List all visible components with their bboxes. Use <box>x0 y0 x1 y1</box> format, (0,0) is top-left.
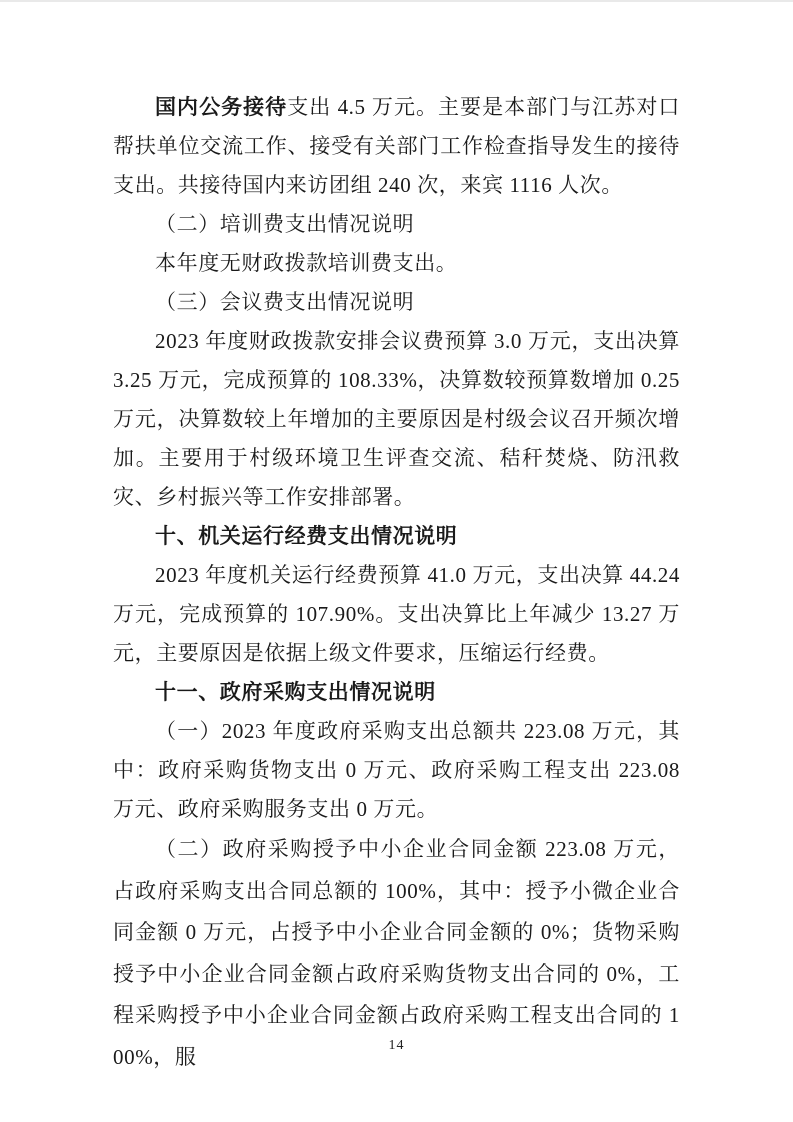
paragraph-training-fee: 本年度无财政拨款培训费支出。 <box>113 244 680 283</box>
paragraph-procurement-total: （一）2023 年度政府采购支出总额共 223.08 万元，其中：政府采购货物支… <box>113 712 680 829</box>
document-body: 国内公务接待支出 4.5 万元。主要是本部门与江苏对口帮扶单位交流工作、接受有关… <box>113 88 680 1078</box>
section-heading-government-procurement: 十一、政府采购支出情况说明 <box>113 673 680 712</box>
subsection-heading-meeting-fee: （三）会议费支出情况说明 <box>113 283 680 322</box>
subsection-heading-training-fee: （二）培训费支出情况说明 <box>113 205 680 244</box>
page-footer: 14 <box>0 1036 793 1054</box>
paragraph-meeting-fee: 2023 年度财政拨款安排会议费预算 3.0 万元，支出决算 3.25 万元，完… <box>113 322 680 517</box>
page-number: 14 <box>389 1038 405 1053</box>
paragraph-domestic-reception: 国内公务接待支出 4.5 万元。主要是本部门与江苏对口帮扶单位交流工作、接受有关… <box>113 88 680 205</box>
paragraph-operating-expenses: 2023 年度机关运行经费预算 41.0 万元，支出决算 44.24 万元，完成… <box>113 556 680 673</box>
document-page: 国内公务接待支出 4.5 万元。主要是本部门与江苏对口帮扶单位交流工作、接受有关… <box>0 0 793 1122</box>
paragraph-bold-lead: 国内公务接待 <box>155 96 287 119</box>
section-heading-operating-expenses: 十、机关运行经费支出情况说明 <box>113 517 680 556</box>
scan-edge-artifact <box>0 0 793 2</box>
